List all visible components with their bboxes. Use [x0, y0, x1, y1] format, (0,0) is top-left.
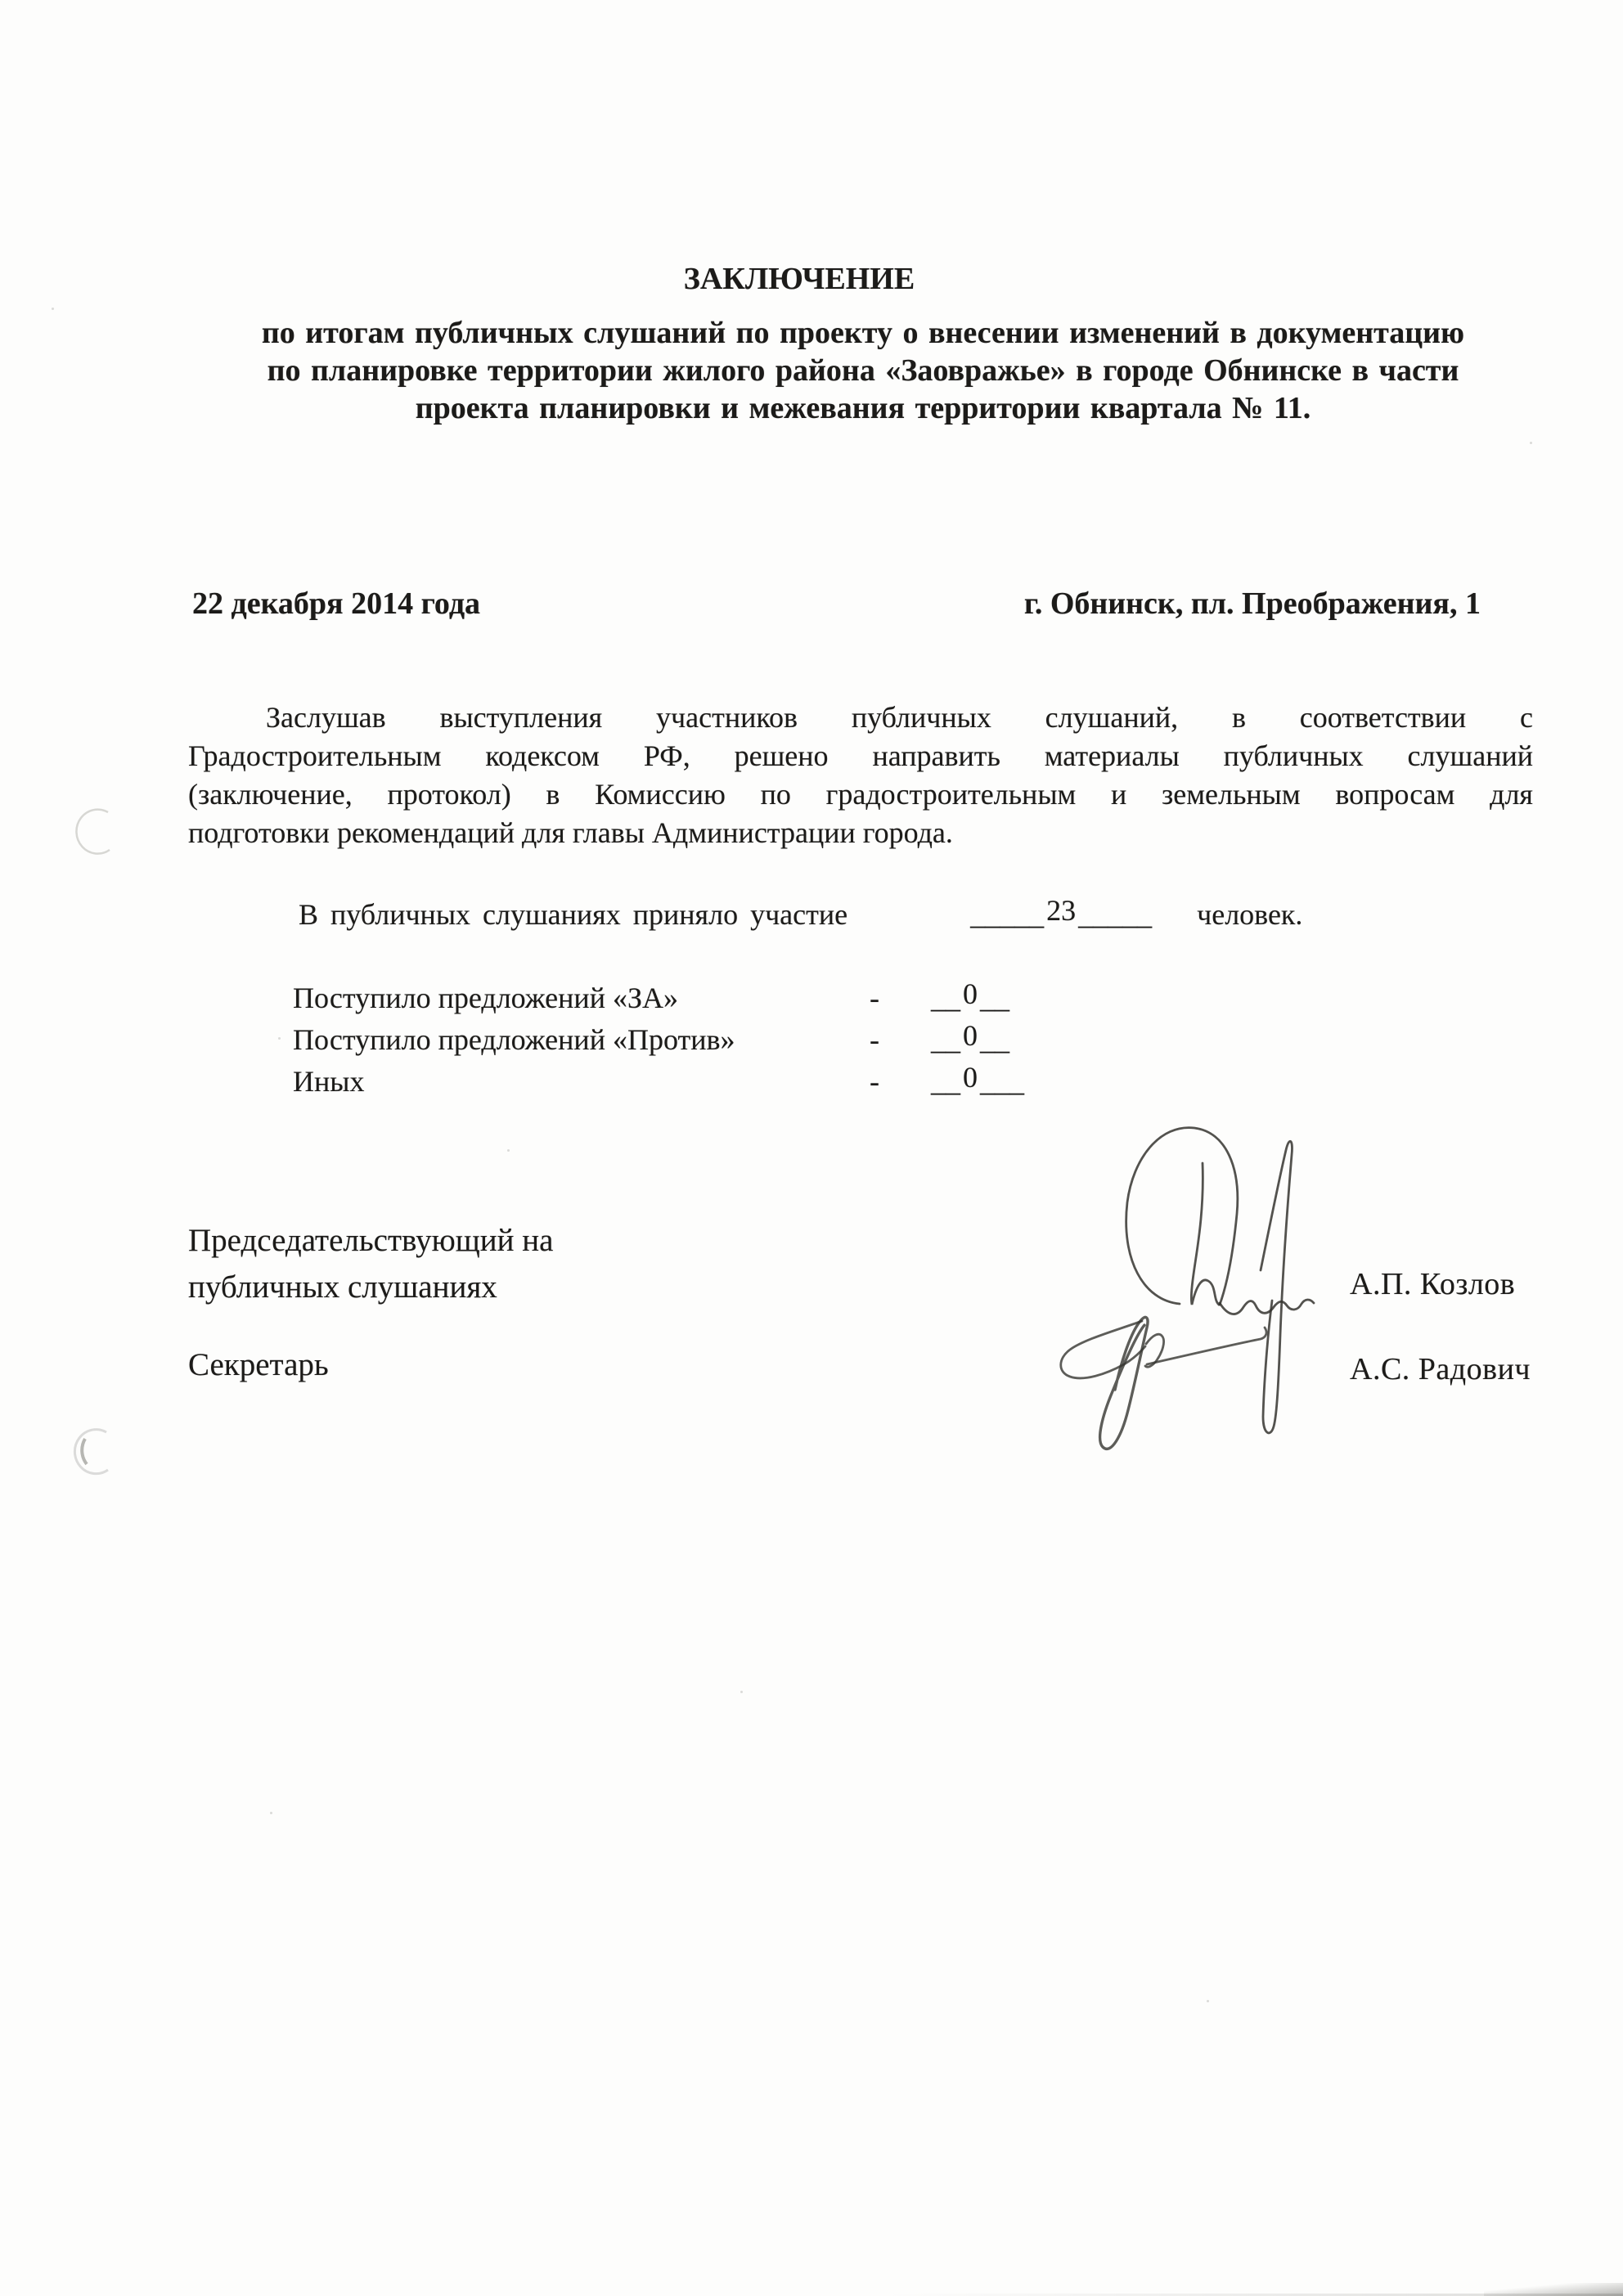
proposal-row-protiv: Поступило предложений «Против» - __0__: [293, 1021, 1623, 1059]
chairman-role-line-1: Председательствующий на: [188, 1217, 777, 1264]
participation-prefix: В публичных слушаниях приняло участие: [299, 898, 847, 931]
scan-speck: [278, 1037, 281, 1040]
chairman-role-line-2: публичных слушаниях: [188, 1264, 777, 1310]
proposal-row-inyh: Иных - __0___: [293, 1063, 1623, 1101]
paragraph-line: Градостроительным кодексом РФ, решено на…: [188, 737, 1533, 775]
count-underscore-right: _____: [1078, 898, 1152, 931]
value-underscore-left: __: [931, 1065, 960, 1098]
paragraph-line: (заключение, протокол) в Комиссию по гра…: [188, 775, 1533, 814]
scan-speck: [1530, 442, 1532, 444]
scan-speck: [270, 1812, 272, 1814]
subtitle-line-1: по итогам публичных слушаний по проекту …: [188, 314, 1538, 352]
date-place-row: 22 декабря 2014 года г. Обнинск, пл. Пре…: [192, 584, 1481, 623]
paragraph-line: подготовки рекомендаций для главы Админи…: [188, 814, 1533, 852]
value-digit: 0: [960, 1019, 980, 1052]
proposal-label: Иных: [293, 1063, 870, 1101]
proposal-dash: -: [870, 979, 931, 1018]
subtitle-line-2: по планировке территории жилого района «…: [188, 352, 1538, 389]
document-place: г. Обнинск, пл. Преображения, 1: [1024, 584, 1481, 623]
scan-speck: [507, 1149, 510, 1152]
secretary-role-label: Секретарь: [188, 1346, 329, 1383]
handwritten-signatures: [1023, 1090, 1366, 1454]
document-header: ЗАКЛЮЧЕНИЕ по итогам публичных слушаний …: [188, 260, 1538, 427]
value-digit: 0: [960, 977, 980, 1010]
value-underscore-left: __: [931, 982, 960, 1014]
chairman-role-label: Председательствующий на публичных слушан…: [188, 1217, 777, 1310]
value-underscore-right: __: [980, 1023, 1009, 1056]
proposal-row-za: Поступило предложений «ЗА» - __0__: [293, 979, 1623, 1018]
proposal-label: Поступило предложений «ЗА»: [293, 979, 870, 1018]
proposal-value: __0___: [931, 1063, 1024, 1101]
value-digit: 0: [960, 1061, 980, 1094]
secretary-signature: [1061, 1317, 1266, 1449]
proposal-label: Поступило предложений «Против»: [293, 1021, 870, 1059]
value-underscore-right: __: [980, 982, 1009, 1014]
subtitle-line-3: проекта планировки и межевания территори…: [188, 389, 1538, 427]
document-title: ЗАКЛЮЧЕНИЕ: [124, 260, 1474, 298]
hole-punch-mark-bottom: [70, 1427, 123, 1479]
body-paragraph: Заслушав выступления участников публичны…: [188, 699, 1533, 852]
proposal-value: __0__: [931, 1021, 1009, 1059]
value-underscore-right: ___: [980, 1065, 1024, 1098]
scanned-document-page: ЗАКЛЮЧЕНИЕ по итогам публичных слушаний …: [0, 0, 1623, 2296]
paragraph-line: Заслушав выступления участников публичны…: [188, 699, 1533, 737]
participation-line: В публичных слушаниях приняло участие___…: [299, 896, 1623, 934]
proposal-value: __0__: [931, 979, 1009, 1018]
count-underscore-left: _____: [970, 898, 1044, 931]
secretary-name: А.С. Радович: [1350, 1351, 1531, 1387]
chairman-signature: [1126, 1128, 1314, 1433]
document-subtitle: по итогам публичных слушаний по проекту …: [188, 314, 1538, 427]
proposal-dash: -: [870, 1021, 931, 1059]
hole-punch-mark-top: [74, 808, 124, 859]
proposal-dash: -: [870, 1063, 931, 1101]
scan-speck: [740, 1691, 743, 1693]
scan-speck: [1207, 2000, 1209, 2002]
value-underscore-left: __: [931, 1023, 960, 1056]
scan-speck: [52, 308, 54, 310]
proposals-tally: Поступило предложений «ЗА» - __0__ Посту…: [293, 979, 1623, 1101]
scan-corner-shadow: [1484, 2283, 1623, 2296]
participation-count: 23: [1044, 894, 1078, 927]
chairman-name: А.П. Козлов: [1350, 1266, 1515, 1302]
document-date: 22 декабря 2014 года: [192, 584, 480, 623]
participation-suffix: человек.: [1197, 898, 1302, 931]
